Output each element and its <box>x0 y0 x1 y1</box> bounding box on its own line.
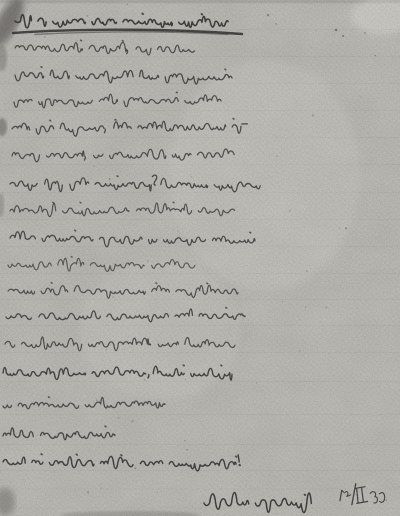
halftone-screen-2 <box>0 0 400 516</box>
manuscript-page: Илья Ионов 14/II 39 То в этот год слепой… <box>0 0 400 516</box>
manuscript-scan-svg <box>0 0 400 516</box>
